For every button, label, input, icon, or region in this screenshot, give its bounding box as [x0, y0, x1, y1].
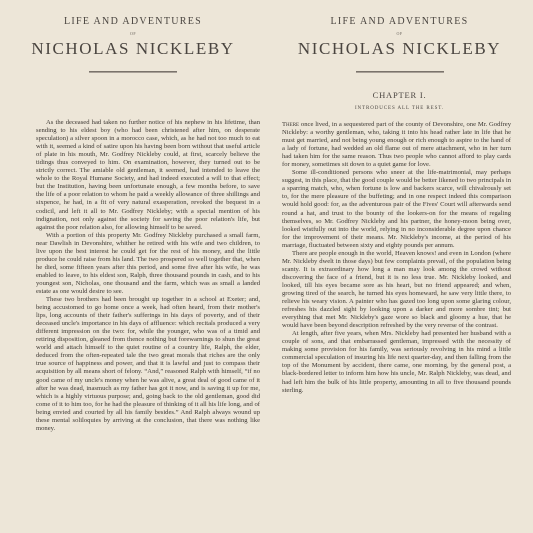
- title-of: OF: [0, 30, 266, 38]
- title-of: OF: [266, 30, 533, 38]
- title-divider-rule: [356, 71, 444, 73]
- opening-text: once lived, in a sequestered part of the…: [282, 121, 511, 168]
- title-life-and-adventures: LIFE AND ADVENTURES: [0, 16, 266, 28]
- title-divider-rule: [89, 71, 177, 73]
- chapter-subtitle: INTRODUCES ALL THE REST.: [266, 106, 533, 111]
- left-page: LIFE AND ADVENTURES OF NICHOLAS NICKLEBY…: [0, 0, 266, 533]
- title-life-and-adventures: LIFE AND ADVENTURES: [266, 16, 533, 28]
- paragraph: There are people enough in the world, He…: [282, 250, 511, 330]
- title-nicholas-nickleby: NICHOLAS NICKLEBY: [0, 39, 266, 59]
- paragraph: As the deceased had taken no further not…: [36, 119, 260, 232]
- title-nicholas-nickleby: NICHOLAS NICKLEBY: [266, 39, 533, 59]
- running-title: LIFE AND ADVENTURES OF NICHOLAS NICKLEBY: [0, 16, 266, 73]
- paragraph-opening: There once lived, in a sequestered part …: [282, 121, 511, 169]
- right-page-body: There once lived, in a sequestered part …: [282, 121, 511, 395]
- paragraph: At length, after five years, when Mrs. N…: [282, 330, 511, 394]
- paragraph: With a portion of this property Mr. Godf…: [36, 232, 260, 296]
- left-page-body: As the deceased had taken no further not…: [36, 119, 260, 433]
- right-page: LIFE AND ADVENTURES OF NICHOLAS NICKLEBY…: [266, 0, 533, 533]
- opening-word: There: [282, 121, 299, 128]
- running-title: LIFE AND ADVENTURES OF NICHOLAS NICKLEBY: [266, 16, 533, 73]
- paragraph: Some ill-conditioned persons who sneer a…: [282, 169, 511, 249]
- chapter-heading: CHAPTER I.: [266, 90, 533, 100]
- paragraph: These two brothers had been brought up t…: [36, 296, 260, 433]
